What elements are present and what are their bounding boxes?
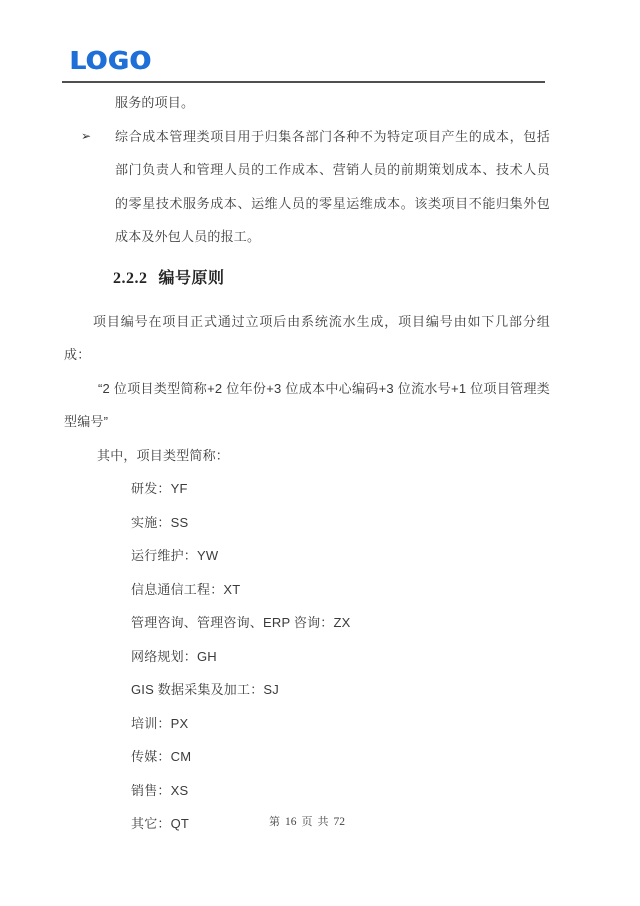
type-code-item: 网络规划：GH bbox=[131, 640, 550, 674]
type-code-item: 传媒：CM bbox=[131, 740, 550, 774]
paragraph-numbering-format: “2 位项目类型简称+2 位年份+3 位成本中心编码+3 位流水号+1 位项目管… bbox=[64, 372, 550, 439]
footer-total-word: 共 bbox=[318, 813, 329, 829]
type-code-item: 信息通信工程：XT bbox=[131, 573, 550, 607]
arrow-bullet-icon: ➢ bbox=[81, 120, 91, 154]
footer-total-number: 72 bbox=[334, 816, 346, 828]
bullet-paragraph-text: 综合成本管理类项目用于归集各部门各种不为特定项目产生的成本，包括部门负责人和管理… bbox=[115, 129, 550, 245]
type-code-item: 运行维护：YW bbox=[131, 539, 550, 573]
footer-prefix: 第 bbox=[269, 813, 280, 829]
document-body: 服务的项目。 ➢ 综合成本管理类项目用于归集各部门各种不为特定项目产生的成本，包… bbox=[64, 86, 550, 841]
type-code-item: 研发：YF bbox=[131, 472, 550, 506]
type-code-item: 销售：XS bbox=[131, 774, 550, 808]
section-number: 2.2.2 bbox=[113, 270, 148, 287]
type-code-item: GIS 数据采集及加工：SJ bbox=[131, 673, 550, 707]
paragraph-intro-continuation: 服务的项目。 bbox=[64, 86, 550, 120]
company-logo: LOGO bbox=[70, 48, 152, 73]
paragraph-type-codes-lead: 其中，项目类型简称： bbox=[64, 439, 550, 473]
section-heading: 2.2.2编号原则 bbox=[113, 267, 550, 291]
document-page: LOGO 服务的项目。 ➢ 综合成本管理类项目用于归集各部门各种不为特定项目产生… bbox=[0, 0, 640, 906]
section-title: 编号原则 bbox=[159, 270, 225, 287]
project-type-code-list: 研发：YF 实施：SS 运行维护：YW 信息通信工程：XT 管理咨询、管理咨询、… bbox=[131, 472, 550, 841]
footer-page-number: 16 bbox=[285, 816, 297, 828]
type-code-item: 实施：SS bbox=[131, 506, 550, 540]
type-code-item: 培训：PX bbox=[131, 707, 550, 741]
type-code-item: 管理咨询、管理咨询、ERP 咨询：ZX bbox=[131, 606, 550, 640]
page-footer: 第 16 页 共 72 bbox=[64, 813, 550, 829]
bullet-paragraph: ➢ 综合成本管理类项目用于归集各部门各种不为特定项目产生的成本，包括部门负责人和… bbox=[64, 120, 550, 254]
paragraph-numbering-generation: 项目编号在项目正式通过立项后由系统流水生成，项目编号由如下几部分组成： bbox=[64, 305, 550, 372]
header-divider-line bbox=[62, 81, 545, 83]
footer-page-word: 页 bbox=[302, 813, 313, 829]
